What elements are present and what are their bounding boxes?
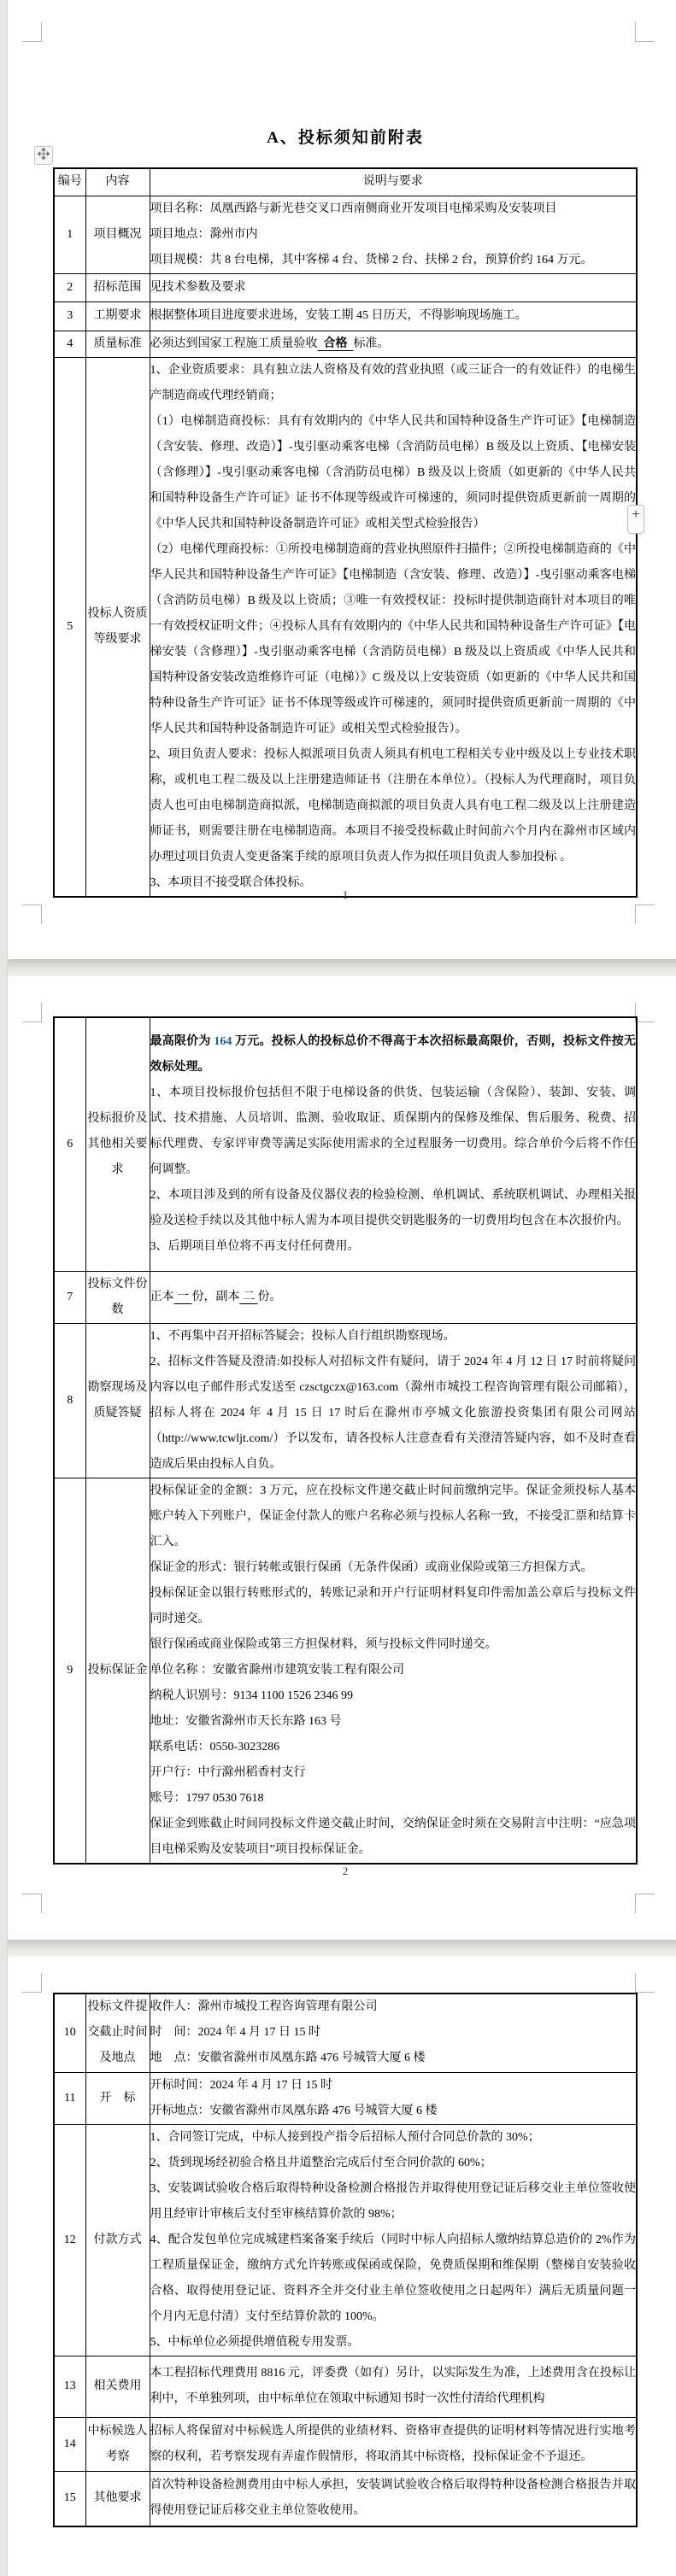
row2-number: 2 xyxy=(54,273,85,302)
margin-mark-top-left-p2 xyxy=(22,1003,42,1022)
row14-content: 招标人将保留对中标候选人所提供的业绩材料、资格审查提供的证明材料等情况进行实地考… xyxy=(150,2417,637,2471)
insert-plus-button[interactable]: + xyxy=(627,505,644,534)
margin-mark-top-left-p1 xyxy=(22,22,42,42)
row6-content: 最高限价为 164 万元。投标人的投标总价不得高于本次招标最高限价，否则，投标文… xyxy=(150,1017,637,1271)
content-paragraph: 必须达到国家工程施工质量验收 合格 标准。 xyxy=(150,331,637,357)
quality-text: 必须达到国家工程施工质量验收 xyxy=(150,337,318,350)
content-paragraph: 本工程招标代理费用 8816 元，评委费（如有）另计，以实际发生为准，上述费用含… xyxy=(150,2361,637,2412)
row2-label: 招标范围 xyxy=(85,273,150,302)
row8-label: 勘察现场及质疑答疑 xyxy=(85,1323,150,1478)
row9-content: 投标保证金的金额：3 万元，应在投标文件递交截止时间前缴纳完毕。保证金须投标人基… xyxy=(150,1478,637,1864)
row7-content: 正本 一 份，副本 二 份。 xyxy=(150,1271,637,1323)
row9-label: 投标保证金 xyxy=(85,1478,150,1864)
row2-content: 见技术参数及要求 xyxy=(150,273,637,302)
row1-label: 项目概况 xyxy=(85,196,150,273)
content-paragraph: 纳税人识别号：9134 1100 1526 2346 99 xyxy=(150,1683,637,1709)
row4-content: 必须达到国家工程施工质量验收 合格 标准。 xyxy=(150,331,637,357)
quality-text-suffix: 标准。 xyxy=(354,337,390,350)
margin-mark-top-right-p3 xyxy=(635,1973,655,1993)
content-paragraph: 保证金到账截止时间同投标文件递交截止时间，交纳保证金时须在交易附言中注明：“应急… xyxy=(150,1812,637,1863)
row3-label: 工期要求 xyxy=(85,302,150,331)
row13-label: 相关费用 xyxy=(85,2356,150,2417)
document-viewer-canvas: A、投标须知前附表 + 编号 内容 说明与要求 1 xyxy=(0,0,676,2576)
original-count-underlined: 一 xyxy=(174,1291,192,1303)
table-row-5: 5 投标人资质等级要求 1、企业资质要求：具有独立法人资格及有效的营业执照（或三… xyxy=(54,357,637,897)
margin-mark-bottom-left-p2 xyxy=(22,1894,42,1913)
content-paragraph: 3、后期项目单位将不再支付任何费用。 xyxy=(150,1234,637,1260)
content-paragraph: 开标时间：2024 年 4 月 17 日 15 时 xyxy=(150,2073,637,2099)
content-paragraph: 1、不再集中召开招标答疑会；投标人自行组织勘察现场。 xyxy=(150,1324,637,1349)
table-row-3: 3 工期要求 根据整体项目进度要求进场，安装工期 45 日历天，不得影响现场施工… xyxy=(54,302,637,331)
table-row-11: 11 开 标 开标时间：2024 年 4 月 17 日 15 时 开标地点：安徽… xyxy=(54,2072,637,2124)
content-paragraph: 时 间：2024 年 4 月 17 日 15 时 xyxy=(150,2020,637,2046)
table-row-9: 9 投标保证金 投标保证金的金额：3 万元，应在投标文件递交截止时间前缴纳完毕。… xyxy=(54,1478,637,1864)
header-cell-content: 内容 xyxy=(85,168,150,196)
content-paragraph: （1）电梯制造商投标：具有有效期内的《中华人民共和国特种设备生产许可证》【电梯制… xyxy=(150,409,637,537)
margin-mark-top-left-p3 xyxy=(22,1973,42,1993)
duplicate-count-underlined: 二 xyxy=(240,1291,258,1303)
row8-content: 1、不再集中召开招标答疑会；投标人自行组织勘察现场。 2、招标文件答疑及澄清:如… xyxy=(150,1323,637,1478)
row12-label: 付款方式 xyxy=(85,2124,150,2356)
content-paragraph: 2、项目负责人要求：投标人拟派项目负责人须具有机电工程相关专业中级及以上专业技术… xyxy=(150,742,637,870)
header-cell-requirements: 说明与要求 xyxy=(150,168,637,196)
page-gap-1 xyxy=(0,959,676,976)
row4-label: 质量标准 xyxy=(85,331,150,357)
row13-number: 13 xyxy=(54,2356,85,2417)
content-paragraph: 3、安装调试验收合格后取得特种设备检测合格报告并取得使用登记证后移交业主单位签收… xyxy=(150,2176,637,2228)
content-paragraph: 2、货到现场经初验合格且井道整治完成后付至合同价款的 60%； xyxy=(150,2151,637,2176)
content-paragraph: 1、企业资质要求：具有独立法人资格及有效的营业执照（或三证合一的有效证件）的电梯… xyxy=(150,358,637,409)
content-paragraph: 5、中标单位必须提供增值税专用发票。 xyxy=(150,2330,637,2356)
row5-label: 投标人资质等级要求 xyxy=(85,357,150,897)
max-price-prefix: 最高限价为 xyxy=(150,1035,215,1048)
margin-mark-bottom-left-p1 xyxy=(22,905,42,924)
table-row-13: 13 相关费用 本工程招标代理费用 8816 元，评委费（如有）另计，以实际发生… xyxy=(54,2356,637,2417)
content-paragraph: 地址：安徽省滁州市天长东路 163 号 xyxy=(150,1709,637,1735)
content-paragraph: 见技术参数及要求 xyxy=(150,275,637,301)
content-paragraph: 保证金的形式：银行转帐或银行保函（无条件保函）或商业保险或第三方担保方式。 xyxy=(150,1555,637,1581)
table-row-7: 7 投标文件份数 正本 一 份，副本 二 份。 xyxy=(54,1271,637,1323)
row5-number: 5 xyxy=(54,357,85,897)
row7-label: 投标文件份数 xyxy=(85,1271,150,1323)
row3-content: 根据整体项目进度要求进场，安装工期 45 日历天，不得影响现场施工。 xyxy=(150,302,637,331)
row13-content: 本工程招标代理费用 8816 元，评委费（如有）另计，以实际发生为准，上述费用含… xyxy=(150,2356,637,2417)
content-paragraph: 2、本项目涉及到的所有设备及仪器仪表的检验检测、单机调试、系统联机调试、办理相关… xyxy=(150,1183,637,1234)
row8-number: 8 xyxy=(54,1323,85,1478)
content-paragraph: 开标地点：安徽省滁州市凤凰东路 476 号城管大厦 6 楼 xyxy=(150,2099,637,2124)
table-row-10: 10 投标文件提交截止时间及地点 收件人：滁州市城投工程咨询管理有限公司 时 间… xyxy=(54,1993,637,2072)
document-title: A、投标须知前附表 xyxy=(53,125,638,148)
row12-content: 1、合同签订完成，中标人接到投产指令后招标人预付合同总价款的 30%； 2、货到… xyxy=(150,2124,637,2356)
move-icon xyxy=(38,148,50,164)
page-number-1: 1 xyxy=(53,888,638,902)
content-paragraph: 项目地点：滁州市内 xyxy=(150,222,637,248)
content-paragraph: 首次特种设备检测费用由中标人承担，安装调试验收合格后取得特种设备检测合格报告并取… xyxy=(150,2473,637,2524)
table-row-2: 2 招标范围 见技术参数及要求 xyxy=(54,273,637,302)
row1-content: 项目名称：凤凰西路与新光巷交叉口西南侧商业开发项目电梯采购及安装项目 项目地点：… xyxy=(150,196,637,273)
content-paragraph: 2、招标文件答疑及澄清:如投标人对招标文件有疑问，请于 2024 年 4 月 1… xyxy=(150,1349,637,1478)
row4-number: 4 xyxy=(54,331,85,357)
content-paragraph: 收件人：滁州市城投工程咨询管理有限公司 xyxy=(150,1994,637,2020)
row6-label: 投标报价及其他相关要求 xyxy=(85,1017,150,1271)
content-paragraph: 地 点：安徽省滁州市凤凰东路 476 号城管大厦 6 楼 xyxy=(150,2046,637,2071)
table-row-6: 6 投标报价及其他相关要求 最高限价为 164 万元。投标人的投标总价不得高于本… xyxy=(54,1017,637,1271)
table-row-12: 12 付款方式 1、合同签订完成，中标人接到投产指令后招标人预付合同总价款的 3… xyxy=(54,2124,637,2356)
content-paragraph: 1、本项目投标报价包括但不限于电梯设备的供货、包装运输（含保险）、装卸、安装、调… xyxy=(150,1080,637,1183)
content-paragraph: 1、合同签订完成，中标人接到投产指令后招标人预付合同总价款的 30%； xyxy=(150,2125,637,2151)
content-paragraph: 项目规模：共 8 台电梯，其中客梯 4 台、货梯 2 台、扶梯 2 台，预算价约… xyxy=(150,248,637,273)
table-row-1: 1 项目概况 项目名称：凤凰西路与新光巷交叉口西南侧商业开发项目电梯采购及安装项… xyxy=(54,196,637,273)
content-paragraph: 联系电话：0550-3023286 xyxy=(150,1735,637,1760)
table-row-4: 4 质量标准 必须达到国家工程施工质量验收 合格 标准。 xyxy=(54,331,637,357)
bid-notice-table-part1: 编号 内容 说明与要求 1 项目概况 项目名称：凤凰西路与新光巷交叉口西南侧商业… xyxy=(53,167,638,898)
row11-number: 11 xyxy=(54,2072,85,2124)
margin-mark-bottom-right-p2 xyxy=(635,1894,655,1913)
table-header-row: 编号 内容 说明与要求 xyxy=(54,168,637,196)
content-paragraph: （2）电梯代理商投标：①所投电梯制造商的营业执照原件扫描件；②所投电梯制造商的《… xyxy=(150,537,637,742)
margin-mark-bottom-right-p1 xyxy=(635,905,655,924)
table-move-handle[interactable] xyxy=(34,146,53,165)
content-paragraph: 投标保证金的金额：3 万元，应在投标文件递交截止时间前缴纳完毕。保证金须投标人基… xyxy=(150,1478,637,1555)
content-paragraph: 投标保证金以银行转账形式的，转账记录和开户行证明材料复印件需加盖公章后与投标文件… xyxy=(150,1581,637,1632)
row7-number: 7 xyxy=(54,1271,85,1323)
copies-text: 正本 xyxy=(150,1291,174,1303)
content-paragraph: 账号：1797 0530 7618 xyxy=(150,1786,637,1812)
row10-label: 投标文件提交截止时间及地点 xyxy=(85,1993,150,2072)
row14-number: 14 xyxy=(54,2417,85,2471)
row15-label: 其他要求 xyxy=(85,2471,150,2526)
copies-text: 份，副本 xyxy=(192,1291,240,1303)
content-paragraph: 4、配合发包单位完成城建档案备案手续后（同时中标人向招标人缴纳结算总造价的 2%… xyxy=(150,2228,637,2330)
row15-content: 首次特种设备检测费用由中标人承担，安装调试验收合格后取得特种设备检测合格报告并取… xyxy=(150,2471,637,2526)
copies-text: 份。 xyxy=(258,1291,282,1303)
row3-number: 3 xyxy=(54,302,85,331)
header-cell-number: 编号 xyxy=(54,168,85,196)
content-paragraph: 单位名称 ：安徽省滁州市建筑安装工程有限公司 xyxy=(150,1658,637,1683)
page-number-2: 2 xyxy=(53,1865,638,1878)
table-row-15: 15 其他要求 首次特种设备检测费用由中标人承担，安装调试验收合格后取得特种设备… xyxy=(54,2471,637,2526)
max-price-value: 164 xyxy=(214,1035,232,1048)
copies-line: 正本 一 份，副本 二 份。 xyxy=(150,1285,637,1310)
row11-label: 开 标 xyxy=(85,2072,150,2124)
left-margin-strip xyxy=(0,0,8,2576)
row12-number: 12 xyxy=(54,2124,85,2356)
content-paragraph: 银行保函或商业保险或第三方担保材料，须与投标文件同时递交。 xyxy=(150,1632,637,1658)
quality-grade-underlined: 合格 xyxy=(318,337,354,350)
content-paragraph: 项目名称：凤凰西路与新光巷交叉口西南侧商业开发项目电梯采购及安装项目 xyxy=(150,196,637,222)
row10-content: 收件人：滁州市城投工程咨询管理有限公司 时 间：2024 年 4 月 17 日 … xyxy=(150,1993,637,2072)
row15-number: 15 xyxy=(54,2471,85,2526)
row5-content: 1、企业资质要求：具有独立法人资格及有效的营业执照（或三证合一的有效证件）的电梯… xyxy=(150,357,637,897)
max-price-line: 最高限价为 164 万元。投标人的投标总价不得高于本次招标最高限价，否则，投标文… xyxy=(150,1029,637,1080)
margin-mark-top-right-p1 xyxy=(635,22,655,42)
row14-label: 中标候选人考察 xyxy=(85,2417,150,2471)
margin-mark-top-right-p2 xyxy=(635,1003,655,1022)
table-row-14: 14 中标候选人考察 招标人将保留对中标候选人所提供的业绩材料、资格审查提供的证… xyxy=(54,2417,637,2471)
content-paragraph: 根据整体项目进度要求进场，安装工期 45 日历天，不得影响现场施工。 xyxy=(150,303,637,329)
row1-number: 1 xyxy=(54,196,85,273)
table-row-8: 8 勘察现场及质疑答疑 1、不再集中召开招标答疑会；投标人自行组织勘察现场。 2… xyxy=(54,1323,637,1478)
content-paragraph: 招标人将保留对中标候选人所提供的业绩材料、资格审查提供的证明材料等情况进行实地考… xyxy=(150,2419,637,2470)
content-paragraph: 开户行：中行滁州稻香村支行 xyxy=(150,1760,637,1786)
page-gap-2 xyxy=(0,1940,676,1957)
row10-number: 10 xyxy=(54,1993,85,2072)
row11-content: 开标时间：2024 年 4 月 17 日 15 时 开标地点：安徽省滁州市凤凰东… xyxy=(150,2072,637,2124)
bid-notice-table-part3: 10 投标文件提交截止时间及地点 收件人：滁州市城投工程咨询管理有限公司 时 间… xyxy=(53,1993,638,2527)
row9-number: 9 xyxy=(54,1478,85,1864)
bid-notice-table-part2: 6 投标报价及其他相关要求 最高限价为 164 万元。投标人的投标总价不得高于本… xyxy=(53,1016,638,1865)
row6-number: 6 xyxy=(54,1017,85,1271)
